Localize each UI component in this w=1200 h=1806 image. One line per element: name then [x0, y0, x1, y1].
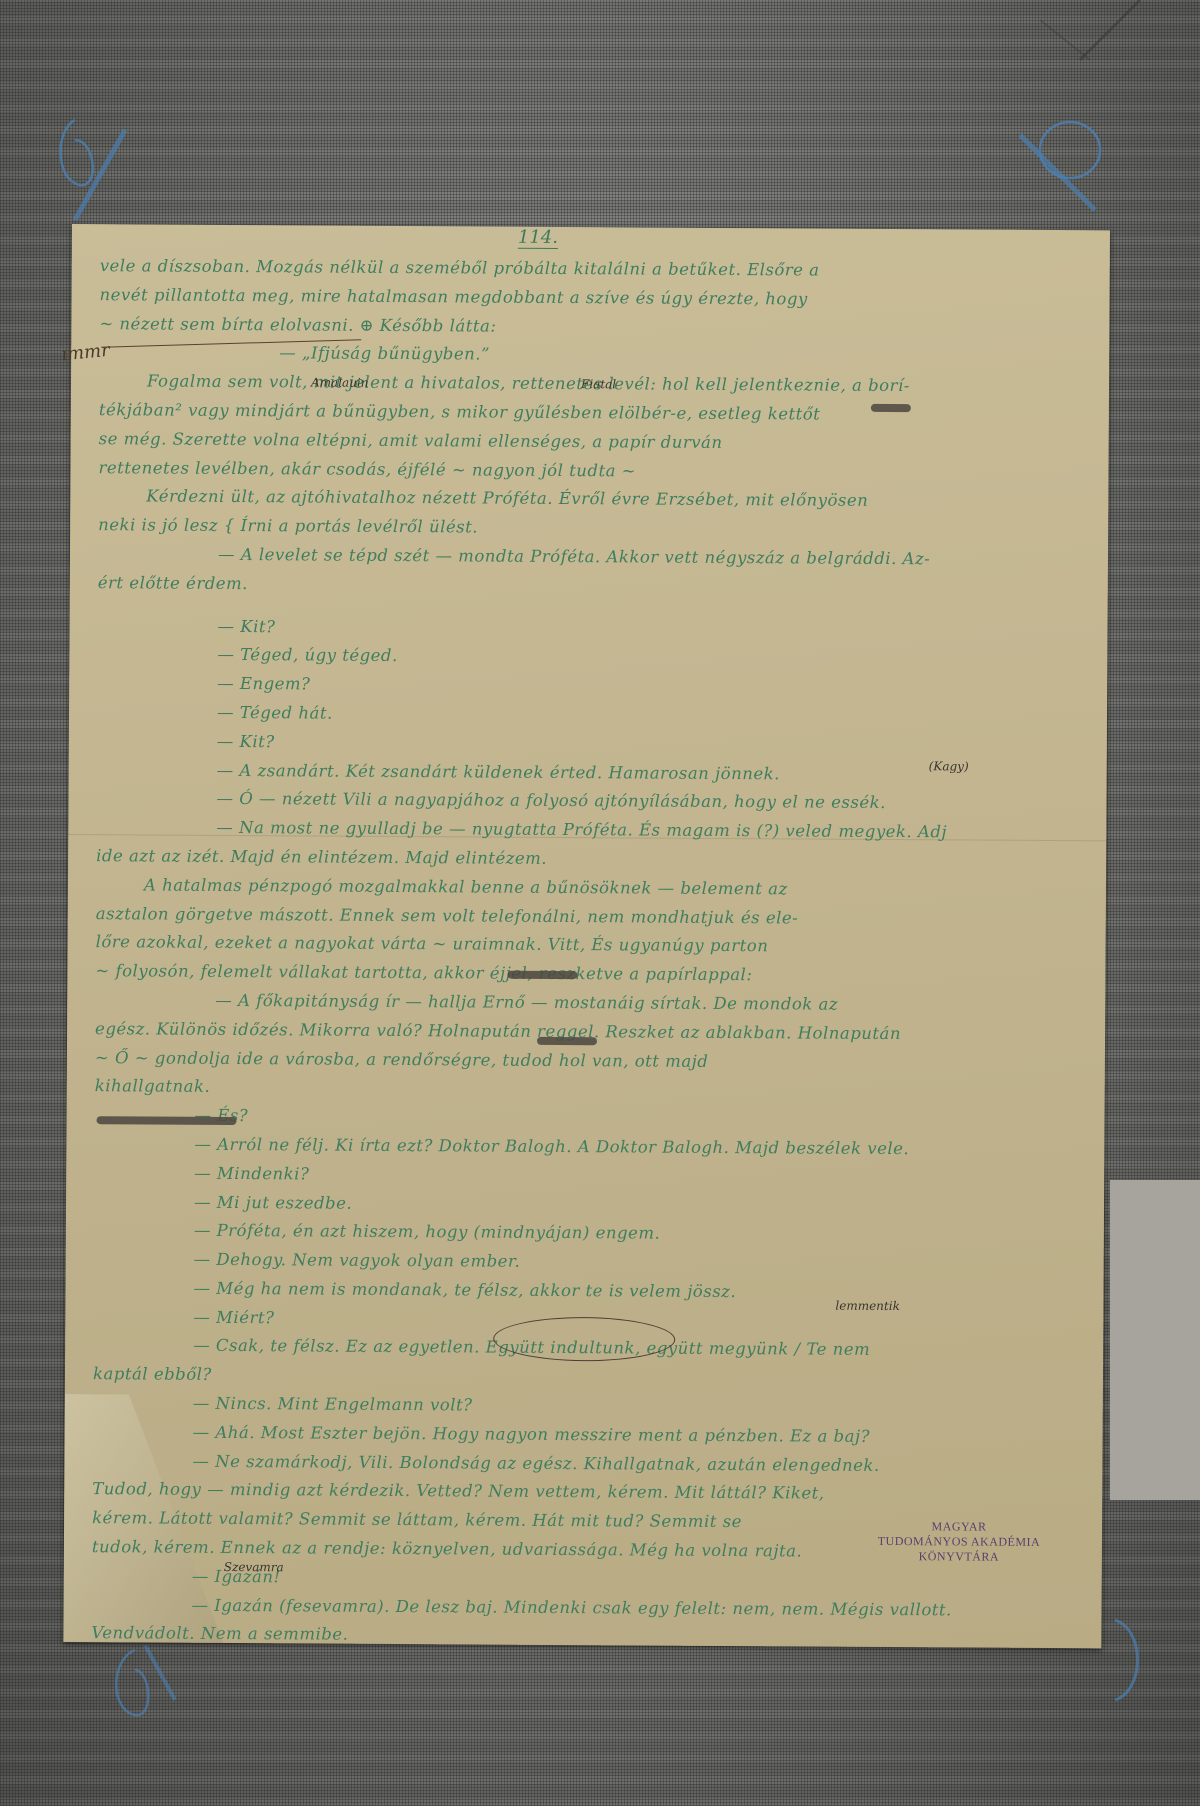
text-line: ért előtte érdem. — [98, 569, 1088, 604]
stamp-line: TUDOMÁNYOS AKADÉMIA — [854, 1534, 1064, 1550]
interlinear-correction: lemmentik — [835, 1299, 900, 1313]
interlinear-correction: Amalauin — [311, 375, 369, 389]
strikethrough-scribble — [871, 404, 911, 412]
interlinear-correction: (Kagy) — [929, 759, 969, 773]
stamp-line: KÖNYVTÁRA — [854, 1549, 1064, 1565]
strikethrough-scribble — [507, 971, 577, 979]
interlinear-correction: Fiatal — [581, 377, 616, 391]
pencil-stroke-top-right-icon — [1020, 0, 1150, 70]
stamp-line: MAGYAR — [854, 1519, 1064, 1535]
manuscript-text: vele a díszsoban. Mozgás nélkül a szeméb… — [91, 252, 1090, 1654]
strikethrough-scribble — [537, 1037, 597, 1045]
blue-pencil-mark-top-left-icon — [45, 100, 135, 230]
backing-strip — [1110, 1180, 1200, 1500]
manuscript-sheet: 114. ımmr vele a díszsoban. Mozgás nélkü… — [63, 224, 1110, 1648]
blue-pencil-mark-top-right-icon — [1010, 110, 1110, 220]
text-line: Vendvádolt. Nem a semmibe. — [91, 1620, 1081, 1655]
library-stamp: MAGYAR TUDOMÁNYOS AKADÉMIA KÖNYVTÁRA — [854, 1519, 1064, 1565]
blue-pencil-mark-bottom-right-icon — [1100, 1610, 1160, 1720]
blue-pencil-mark-bottom-left-icon — [95, 1640, 185, 1740]
page-number: 114. — [518, 227, 558, 249]
strikethrough-scribble — [97, 1116, 237, 1125]
interlinear-correction: Szevamra — [224, 1560, 284, 1574]
